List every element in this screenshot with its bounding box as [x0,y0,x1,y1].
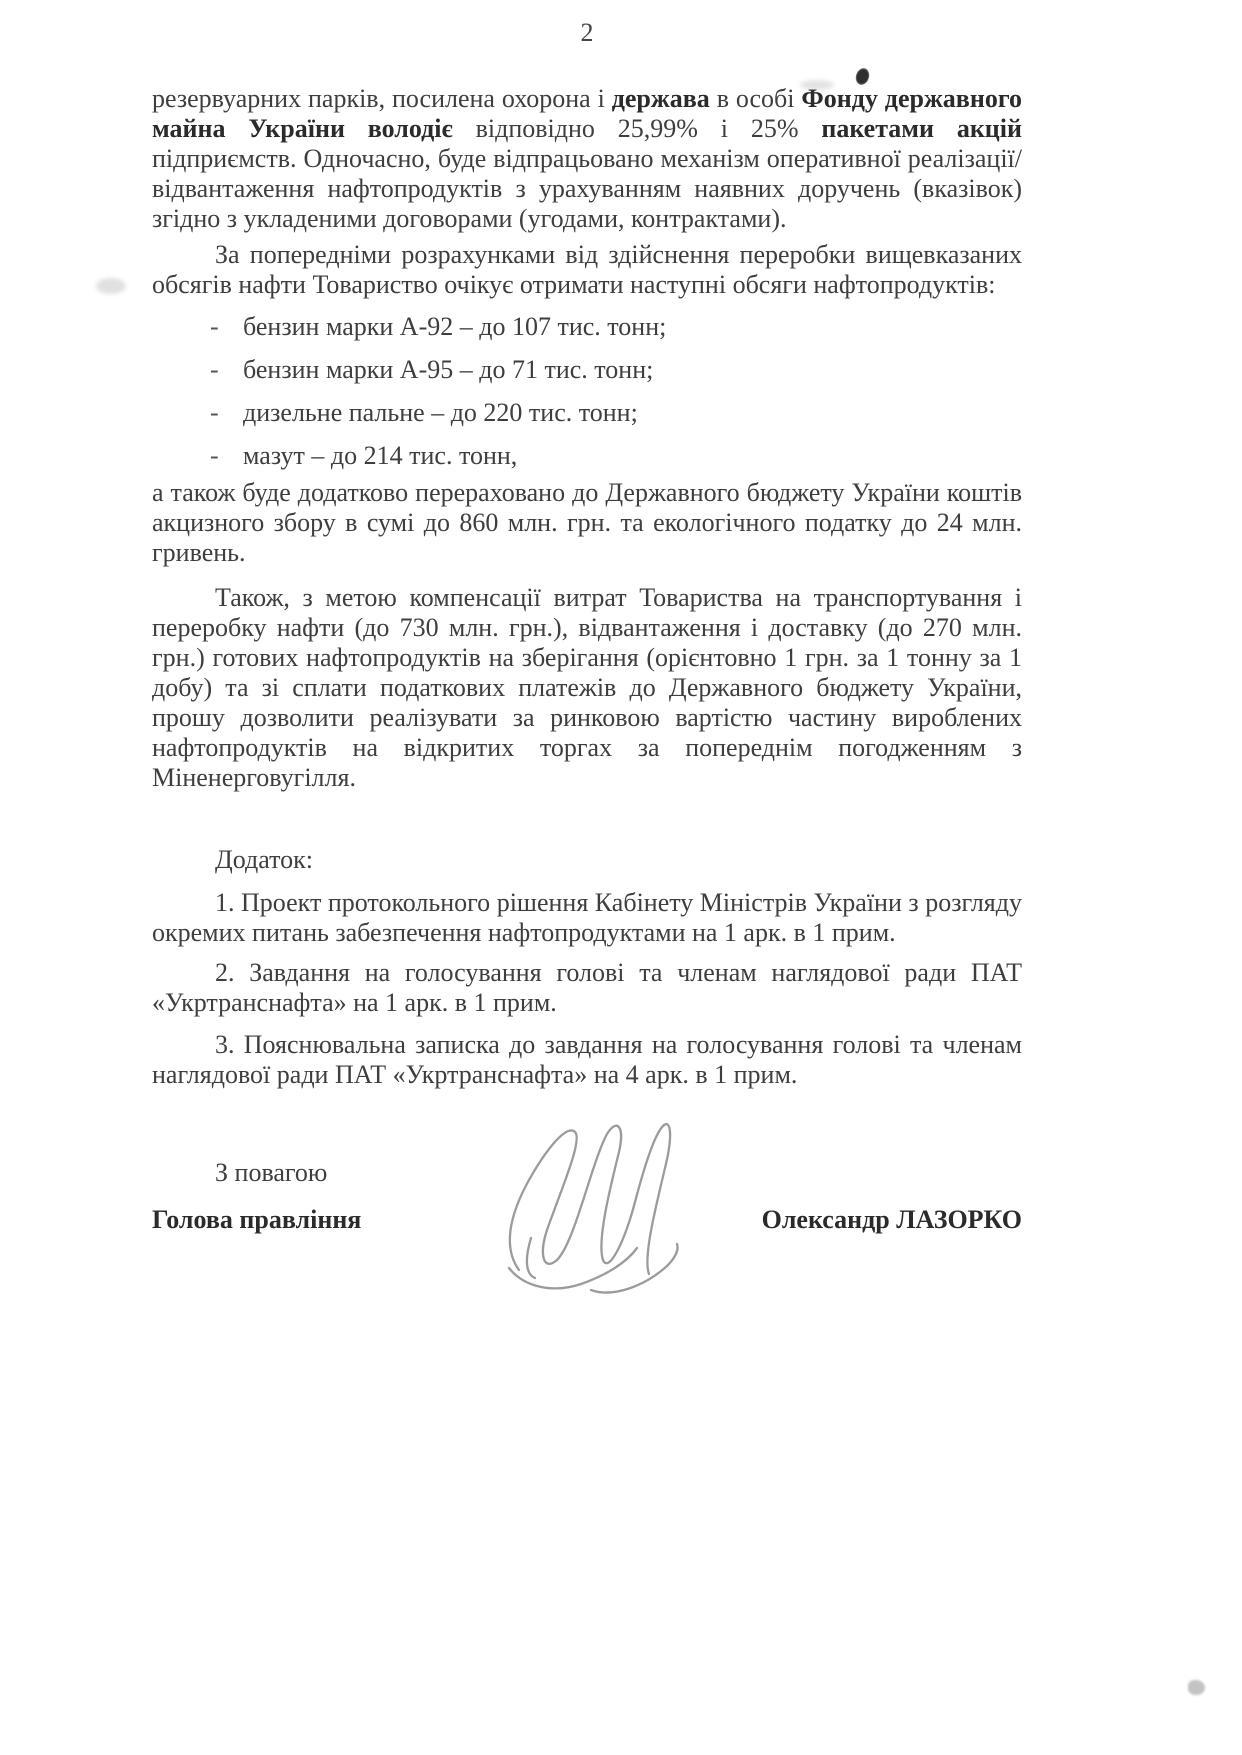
dash-marker: - [210,441,219,471]
signer-title: Голова правління [152,1205,361,1235]
fuel-list-item-text: бензин марки А-92 – до 107 тис. тонн; [243,312,666,341]
dash-marker: - [210,398,219,428]
fuel-list: -бензин марки А-92 – до 107 тис. тонн; -… [152,312,1022,471]
document-page: 2 резервуарних парків, посилена охорона … [0,0,1242,1755]
signer-name: Олександр ЛАЗОРКО [762,1205,1022,1235]
scan-smudge-mark [96,278,126,294]
attachment-item-3: 3. Пояснювальна записка до завдання на г… [152,1030,1022,1090]
dash-marker: - [210,355,219,385]
p1-run-0: резервуарних парків, посилена охорона і [152,84,612,113]
fuel-list-item-text: мазут – до 214 тис. тонн, [243,441,517,470]
fuel-list-item-text: дизельне пальне – до 220 тис. тонн; [243,398,638,427]
fuel-list-item-a95: -бензин марки А-95 – до 71 тис. тонн; [152,355,1022,385]
signature-row: Голова правління Олександр ЛАЗОРКО [152,1205,1022,1235]
closing-salutation: З повагою [152,1158,1022,1188]
paragraph-compensation-request: Також, з метою компенсації витрат Товари… [152,583,1022,793]
paragraph-expected-volumes: За попередніми розрахунками від здійснен… [152,240,1022,300]
attachment-item-2: 2. Завдання на голосування голові та чле… [152,958,1022,1018]
p1-run-4: відповідно 25,99% і 25% [453,114,822,143]
paragraph-budget-taxes: а також буде додатково перераховано до Д… [152,478,1022,568]
attachments-heading: Додаток: [152,845,1022,875]
document-content: 2 резервуарних парків, посилена охорона … [152,18,1022,1235]
fuel-list-item-diesel: -дизельне пальне – до 220 тис. тонн; [152,398,1022,428]
p1-run-1-bold: держава [612,84,710,113]
dash-marker: - [210,312,219,342]
p1-run-5-bold: пакетами акцій [821,114,1022,143]
page-number: 2 [152,18,1022,48]
fuel-list-item-a92: -бензин марки А-92 – до 107 тис. тонн; [152,312,1022,342]
p1-run-6: підприємств. Одночасно, буде відпрацьова… [152,144,1022,233]
p1-run-2: в особі [710,84,802,113]
scan-smudge-mark [1188,1680,1205,1695]
fuel-list-item-mazut: -мазут – до 214 тис. тонн, [152,441,1022,471]
attachment-item-1: 1. Проект протокольного рішення Кабінету… [152,888,1022,948]
fuel-list-item-text: бензин марки А-95 – до 71 тис. тонн; [243,355,653,384]
scan-smudge-mark [800,80,834,90]
paragraph-state-ownership: резервуарних парків, посилена охорона і … [152,84,1022,234]
